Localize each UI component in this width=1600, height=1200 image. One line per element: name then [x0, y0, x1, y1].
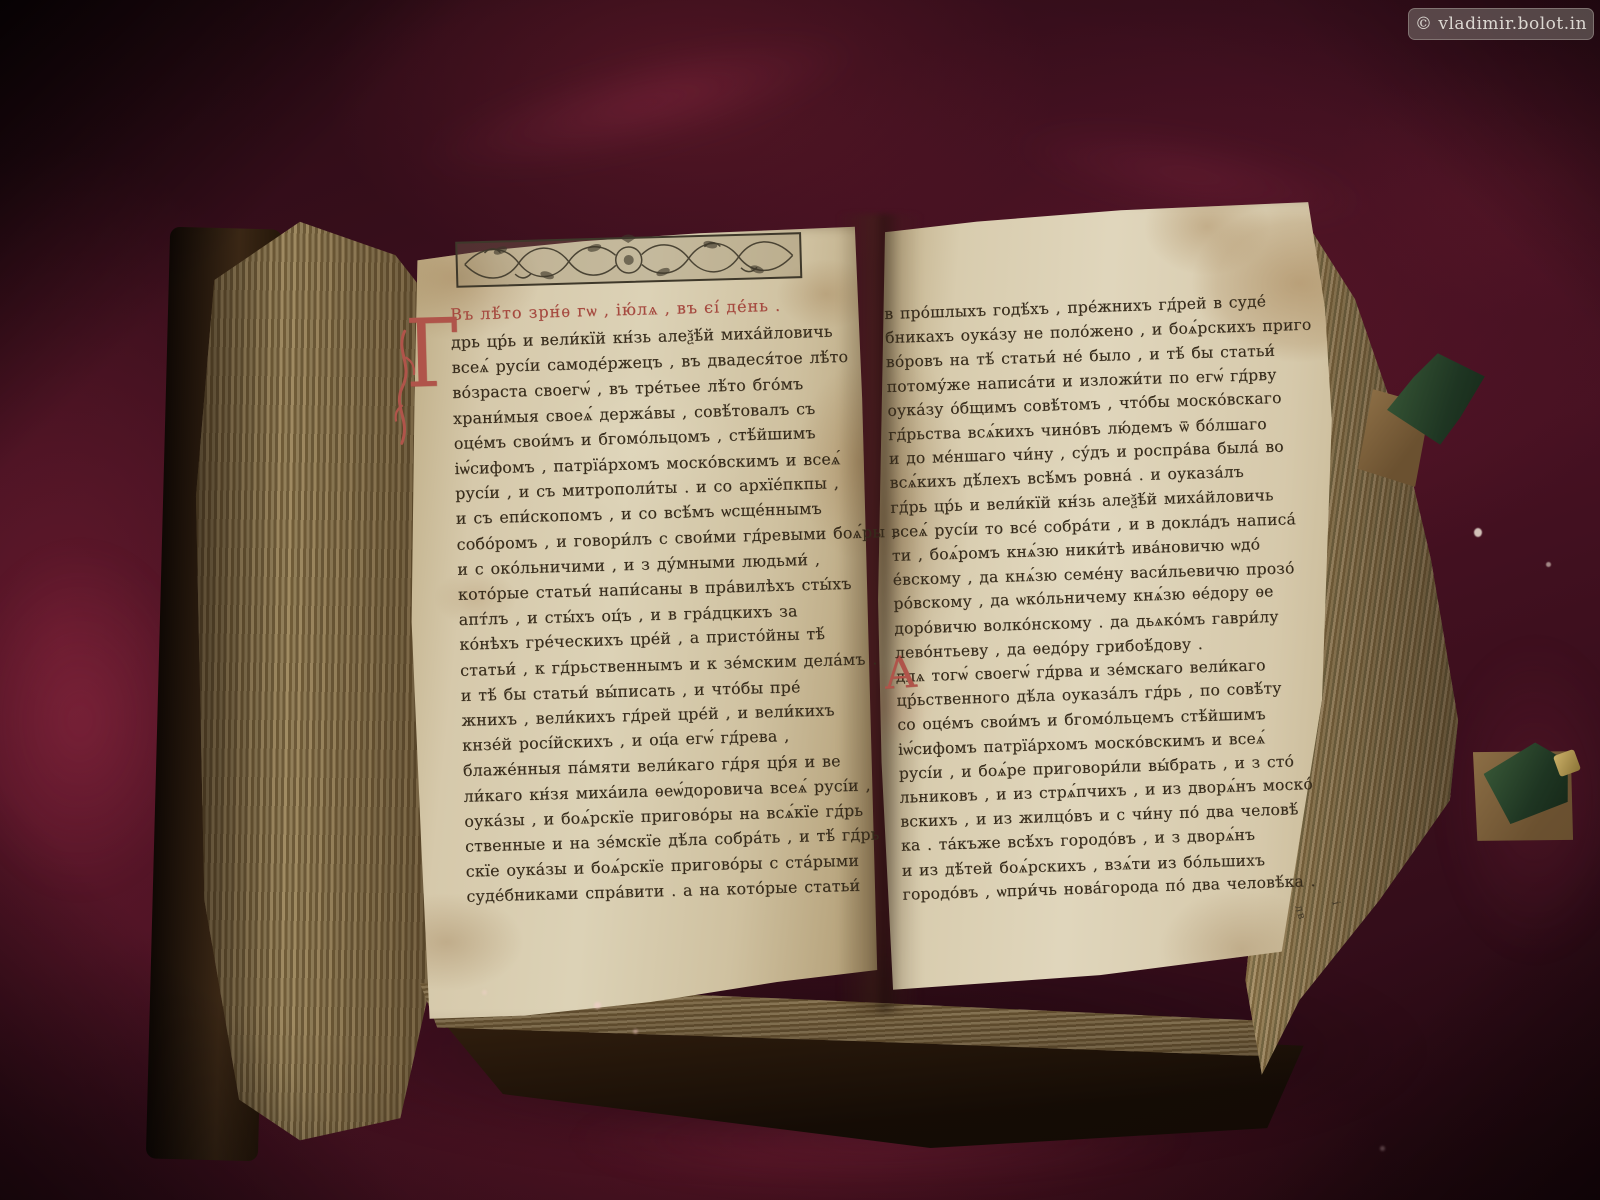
right-text-lines: в про́шлыхъ годѣ́хъ , пре́жнихъ гд́рей в… [884, 288, 1343, 907]
watermark-text: © vladimir.bolot.in [1415, 14, 1587, 34]
dust-speck [1546, 562, 1551, 567]
initial-flourish-icon [391, 327, 420, 448]
watermark-badge: © vladimir.bolot.in [1408, 8, 1594, 40]
photo-scene: Въ лѣ́то зрн́ѳ гѡ , ію́лѧ , въ єі́ де́нь… [0, 0, 1600, 1200]
dust-speck [594, 1002, 601, 1009]
dust-speck [633, 1029, 638, 1034]
left-page-text: Въ лѣ́то зрн́ѳ гѡ , ію́лѧ , въ єі́ де́нь… [448, 225, 859, 909]
right-page-text: А в про́шлыхъ годѣ́хъ , пре́жнихъ гд́рей… [884, 288, 1343, 907]
dust-speck [1474, 528, 1482, 537]
left-text-lines: дрь цр́ь и вели́кїй кн́зь алеѯѣ́й миха́й… [451, 319, 859, 909]
velvet-fold-highlight [372, 0, 908, 231]
headpiece-woodcut-icon [454, 226, 803, 292]
dust-speck [1380, 1146, 1385, 1151]
dust-speck [482, 990, 487, 995]
